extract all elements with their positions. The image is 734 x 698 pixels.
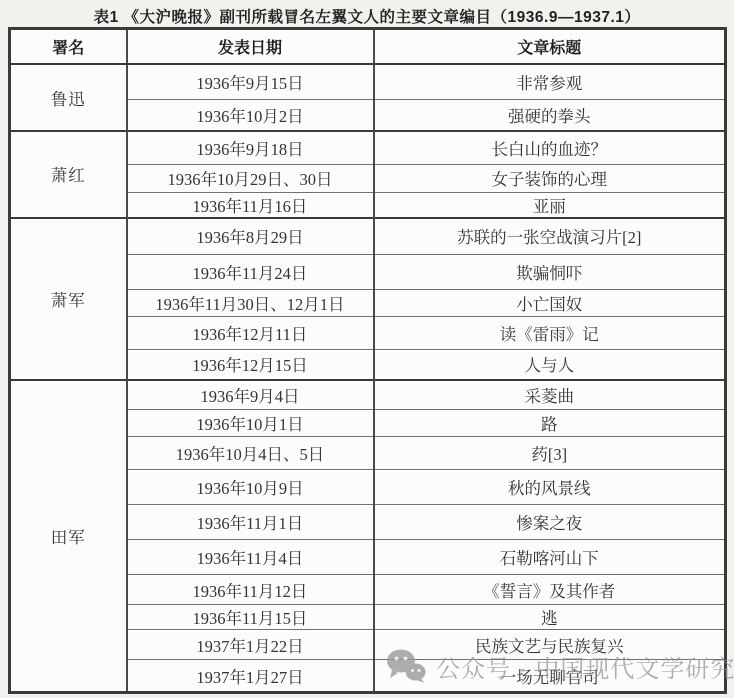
date-cell: 1936年9月4日 xyxy=(127,380,374,410)
table-row: 鲁迅1936年9月15日非常参观 xyxy=(10,64,726,99)
article-title-cell: 一场无聊官司 xyxy=(374,660,726,693)
date-cell: 1936年11月1日 xyxy=(127,505,374,540)
articles-table: 署名 发表日期 文章标题 鲁迅1936年9月15日非常参观1936年10月2日强… xyxy=(8,27,727,694)
date-cell: 1936年10月9日 xyxy=(127,470,374,505)
date-cell: 1936年11月16日 xyxy=(127,192,374,218)
article-title-cell: 欺骗恫吓 xyxy=(374,255,726,290)
date-cell: 1936年12月15日 xyxy=(127,350,374,380)
col-header-date: 发表日期 xyxy=(127,29,374,65)
signature-cell: 鲁迅 xyxy=(10,64,127,131)
date-cell: 1936年11月12日 xyxy=(127,575,374,605)
date-cell: 1936年11月24日 xyxy=(127,255,374,290)
article-title-cell: 秋的风景线 xyxy=(374,470,726,505)
article-title-cell: 长白山的血迹？ xyxy=(374,131,726,164)
signature-cell: 田军 xyxy=(10,380,127,693)
table-row: 萧军1936年8月29日苏联的一张空战演习片[2] xyxy=(10,218,726,255)
date-cell: 1936年10月2日 xyxy=(127,99,374,131)
scanned-paper-page: 表1 《大沪晚报》副刊所载冒名左翼文人的主要文章编目（1936.9—1937.1… xyxy=(0,0,734,698)
article-title-cell: 逃 xyxy=(374,605,726,630)
date-cell: 1936年10月29日、30日 xyxy=(127,164,374,192)
date-cell: 1936年8月29日 xyxy=(127,218,374,255)
article-title-cell: 民族文艺与民族复兴 xyxy=(374,630,726,660)
date-cell: 1936年10月1日 xyxy=(127,410,374,437)
article-title-cell: 人与人 xyxy=(374,350,726,380)
article-title-cell: 苏联的一张空战演习片[2] xyxy=(374,218,726,255)
date-cell: 1936年10月4日、5日 xyxy=(127,437,374,470)
article-title-cell: 亚丽 xyxy=(374,192,726,218)
article-title-cell: 《誓言》及其作者 xyxy=(374,575,726,605)
article-title-cell: 采菱曲 xyxy=(374,380,726,410)
table-row: 萧红1936年9月18日长白山的血迹？ xyxy=(10,131,726,164)
col-header-article-title: 文章标题 xyxy=(374,29,726,65)
table-row: 田军1936年9月4日采菱曲 xyxy=(10,380,726,410)
date-cell: 1936年9月18日 xyxy=(127,131,374,164)
date-cell: 1936年11月15日 xyxy=(127,605,374,630)
article-title-cell: 非常参观 xyxy=(374,64,726,99)
article-title-cell: 药[3] xyxy=(374,437,726,470)
article-title-cell: 小亡国奴 xyxy=(374,290,726,317)
article-title-cell: 女子装饰的心理 xyxy=(374,164,726,192)
date-cell: 1936年11月30日、12月1日 xyxy=(127,290,374,317)
date-cell: 1936年9月15日 xyxy=(127,64,374,99)
table-caption: 表1 《大沪晚报》副刊所载冒名左翼文人的主要文章编目（1936.9—1937.1… xyxy=(0,0,734,27)
date-cell: 1937年1月27日 xyxy=(127,660,374,693)
date-cell: 1936年11月4日 xyxy=(127,540,374,575)
header-row: 署名 发表日期 文章标题 xyxy=(10,29,726,65)
article-title-cell: 读《雷雨》记 xyxy=(374,317,726,350)
signature-cell: 萧军 xyxy=(10,218,127,380)
signature-cell: 萧红 xyxy=(10,131,127,218)
article-title-cell: 强硬的拳头 xyxy=(374,99,726,131)
article-title-cell: 石勒喀河山下 xyxy=(374,540,726,575)
article-title-cell: 惨案之夜 xyxy=(374,505,726,540)
date-cell: 1936年12月11日 xyxy=(127,317,374,350)
date-cell: 1937年1月22日 xyxy=(127,630,374,660)
article-title-cell: 路 xyxy=(374,410,726,437)
col-header-signature: 署名 xyxy=(10,29,127,65)
